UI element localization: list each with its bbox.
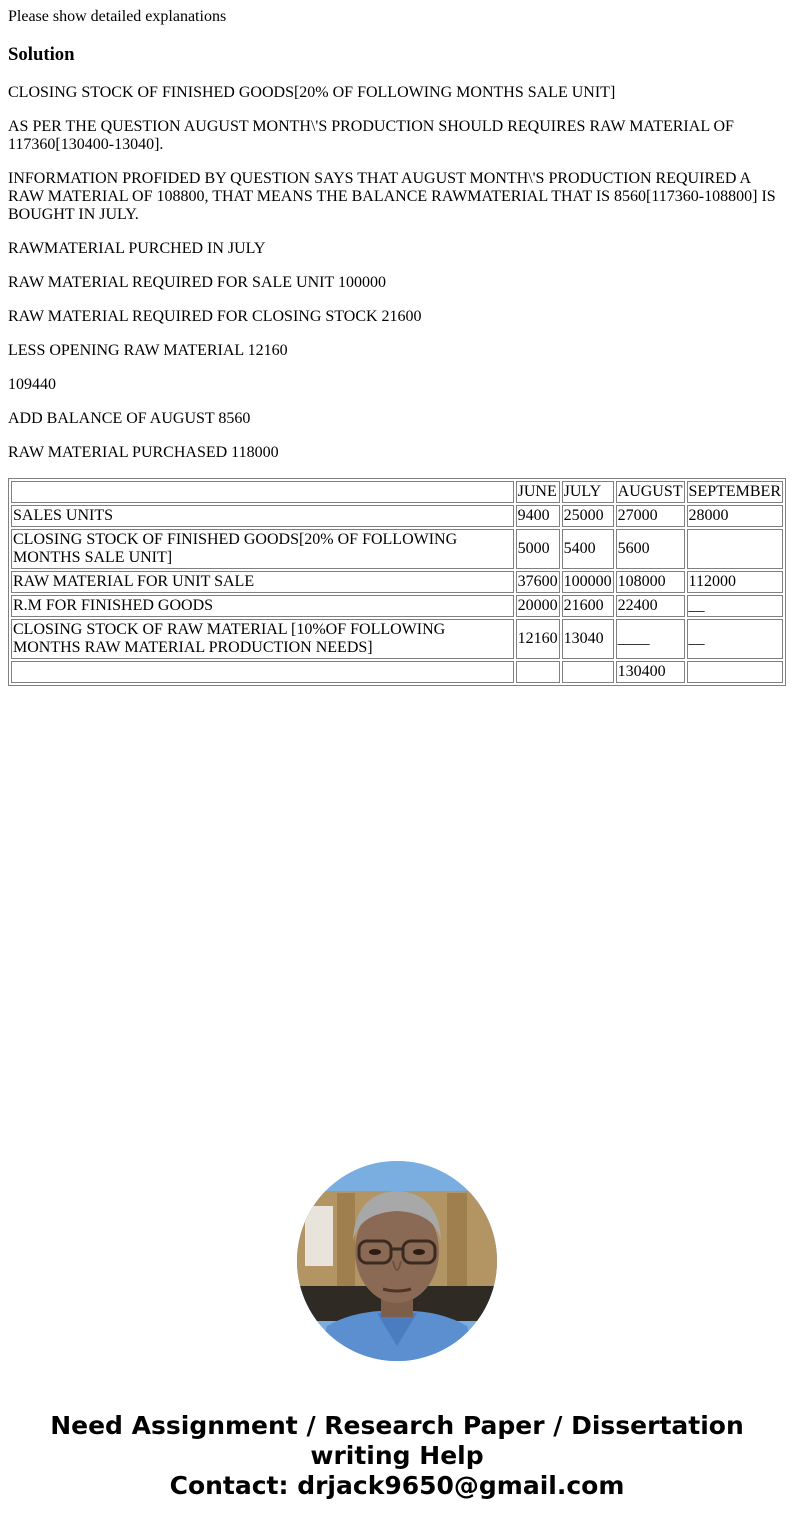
solution-paragraph: LESS OPENING RAW MATERIAL 12160 bbox=[8, 342, 786, 360]
table-cell: __ bbox=[687, 619, 783, 659]
author-avatar bbox=[297, 1161, 497, 1361]
table-cell bbox=[687, 529, 783, 569]
row-label: CLOSING STOCK OF RAW MATERIAL [10%OF FOL… bbox=[11, 619, 514, 659]
row-label: CLOSING STOCK OF FINISHED GOODS[20% OF F… bbox=[11, 529, 514, 569]
table-cell: 100000 bbox=[562, 571, 614, 593]
question-text: Please show detailed explanations bbox=[8, 8, 786, 26]
table-cell: 5600 bbox=[616, 529, 685, 569]
table-cell: 130400 bbox=[616, 661, 685, 683]
table-cell: 25000 bbox=[562, 505, 614, 527]
table-header-july: JULY bbox=[562, 481, 614, 503]
table-cell: 20000 bbox=[516, 595, 560, 617]
table-row: CLOSING STOCK OF FINISHED GOODS[20% OF F… bbox=[11, 529, 783, 569]
budget-table: JUNE JULY AUGUST SEPTEMBER SALES UNITS 9… bbox=[8, 478, 786, 686]
solution-paragraph: RAW MATERIAL REQUIRED FOR SALE UNIT 1000… bbox=[8, 274, 786, 292]
table-header-row: JUNE JULY AUGUST SEPTEMBER bbox=[11, 481, 783, 503]
solution-paragraph: ADD BALANCE OF AUGUST 8560 bbox=[8, 410, 786, 428]
solution-paragraph: RAWMATERIAL PURCHED IN JULY bbox=[8, 240, 786, 258]
table-cell: ____ bbox=[616, 619, 685, 659]
promo-line-1: Need Assignment / Research Paper / Disse… bbox=[0, 1411, 794, 1441]
promo-banner: Need Assignment / Research Paper / Disse… bbox=[0, 1411, 794, 1501]
document-body: Please show detailed explanations Soluti… bbox=[0, 8, 794, 686]
solution-paragraph: INFORMATION PROFIDED BY QUESTION SAYS TH… bbox=[8, 170, 786, 224]
row-label: R.M FOR FINISHED GOODS bbox=[11, 595, 514, 617]
table-cell: 5400 bbox=[562, 529, 614, 569]
table-cell: 13040 bbox=[562, 619, 614, 659]
row-label bbox=[11, 661, 514, 683]
row-label: SALES UNITS bbox=[11, 505, 514, 527]
table-cell bbox=[516, 661, 560, 683]
solution-paragraph: CLOSING STOCK OF FINISHED GOODS[20% OF F… bbox=[8, 84, 786, 102]
table-row: CLOSING STOCK OF RAW MATERIAL [10%OF FOL… bbox=[11, 619, 783, 659]
table-cell: 21600 bbox=[562, 595, 614, 617]
table-header-september: SEPTEMBER bbox=[687, 481, 783, 503]
promo-contact: Contact: drjack9650@gmail.com bbox=[0, 1471, 794, 1501]
promo-line-2: writing Help bbox=[0, 1441, 794, 1471]
table-cell: 12160 bbox=[516, 619, 560, 659]
table-cell: __ bbox=[687, 595, 783, 617]
solution-heading: Solution bbox=[8, 44, 786, 66]
table-header-june: JUNE bbox=[516, 481, 560, 503]
table-cell: 28000 bbox=[687, 505, 783, 527]
table-cell: 27000 bbox=[616, 505, 685, 527]
table-cell: 9400 bbox=[516, 505, 560, 527]
table-cell bbox=[11, 481, 514, 503]
table-row: RAW MATERIAL FOR UNIT SALE 37600 100000 … bbox=[11, 571, 783, 593]
table-row: R.M FOR FINISHED GOODS 20000 21600 22400… bbox=[11, 595, 783, 617]
author-photo-icon bbox=[297, 1161, 497, 1361]
table-cell bbox=[687, 661, 783, 683]
table-row: SALES UNITS 9400 25000 27000 28000 bbox=[11, 505, 783, 527]
table-header-august: AUGUST bbox=[616, 481, 685, 503]
solution-paragraph: RAW MATERIAL PURCHASED 118000 bbox=[8, 444, 786, 462]
table-cell bbox=[562, 661, 614, 683]
table-cell: 22400 bbox=[616, 595, 685, 617]
table-cell: 108000 bbox=[616, 571, 685, 593]
table-cell: 37600 bbox=[516, 571, 560, 593]
row-label: RAW MATERIAL FOR UNIT SALE bbox=[11, 571, 514, 593]
table-cell: 112000 bbox=[687, 571, 783, 593]
solution-paragraph: RAW MATERIAL REQUIRED FOR CLOSING STOCK … bbox=[8, 308, 786, 326]
solution-paragraph: AS PER THE QUESTION AUGUST MONTH\'S PROD… bbox=[8, 118, 786, 154]
table-row: 130400 bbox=[11, 661, 783, 683]
table-cell: 5000 bbox=[516, 529, 560, 569]
solution-paragraph: 109440 bbox=[8, 376, 786, 394]
